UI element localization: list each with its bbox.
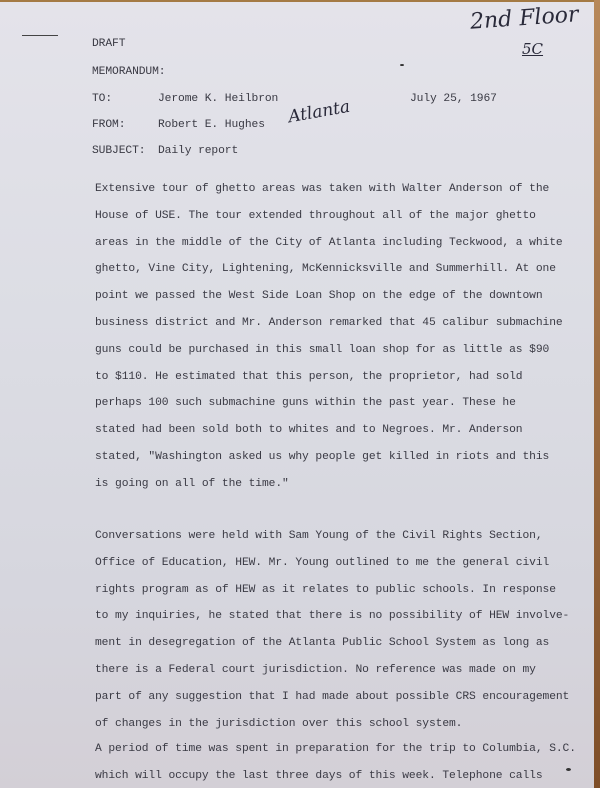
- text-line: House of USE. The tour extended througho…: [95, 203, 563, 230]
- paragraph-2: Conversations were held with Sam Young o…: [95, 523, 569, 737]
- memo-label: MEMORANDUM:: [92, 66, 165, 78]
- text-line: which will occupy the last three days of…: [95, 763, 576, 788]
- memo-date: July 25, 1967: [410, 93, 497, 105]
- text-line: there is a Federal court jurisdiction. N…: [95, 657, 569, 684]
- margin-dash: [22, 35, 58, 36]
- text-line: perhaps 100 such submachine guns within …: [95, 390, 563, 417]
- to-label: TO:: [92, 93, 112, 105]
- ink-mark: [400, 64, 404, 66]
- text-line: ghetto, Vine City, Lightening, McKennick…: [95, 256, 563, 283]
- subject-label: SUBJECT:: [92, 145, 145, 157]
- text-line: A period of time was spent in preparatio…: [95, 736, 576, 763]
- paragraph-3: A period of time was spent in preparatio…: [95, 736, 576, 788]
- paragraph-1: Extensive tour of ghetto areas was taken…: [95, 176, 563, 498]
- text-line: business district and Mr. Anderson remar…: [95, 310, 563, 337]
- to-value: Jerome K. Heilbron: [158, 93, 278, 105]
- text-line: areas in the middle of the City of Atlan…: [95, 230, 563, 257]
- text-line: guns could be purchased in this small lo…: [95, 337, 563, 364]
- memo-page: 2nd Floor 5C Atlanta DRAFT MEMORANDUM: T…: [0, 0, 594, 788]
- text-line: to $110. He estimated that this person, …: [95, 364, 563, 391]
- desk-edge: [594, 0, 600, 788]
- text-line: part of any suggestion that I had made a…: [95, 684, 569, 711]
- handwritten-code: 5C: [522, 40, 543, 58]
- handwritten-floor-note: 2nd Floor: [469, 2, 579, 35]
- draft-label: DRAFT: [92, 38, 125, 50]
- text-line: to my inquiries, he stated that there is…: [95, 603, 569, 630]
- from-label: FROM:: [92, 119, 125, 131]
- ink-mark: [566, 768, 571, 771]
- text-line: rights program as of HEW as it relates t…: [95, 577, 569, 604]
- text-line: Extensive tour of ghetto areas was taken…: [95, 176, 563, 203]
- text-line: point we passed the West Side Loan Shop …: [95, 283, 563, 310]
- text-line: Office of Education, HEW. Mr. Young outl…: [95, 550, 569, 577]
- text-line: ment in desegregation of the Atlanta Pub…: [95, 630, 569, 657]
- handwritten-location: Atlanta: [287, 97, 352, 128]
- text-line: Conversations were held with Sam Young o…: [95, 523, 569, 550]
- subject-value: Daily report: [158, 145, 238, 157]
- text-line: stated, "Washington asked us why people …: [95, 444, 563, 471]
- from-value: Robert E. Hughes: [158, 119, 265, 131]
- text-line: is going on all of the time.": [95, 471, 563, 498]
- text-line: stated had been sold both to whites and …: [95, 417, 563, 444]
- text-line: of changes in the jurisdiction over this…: [95, 711, 569, 738]
